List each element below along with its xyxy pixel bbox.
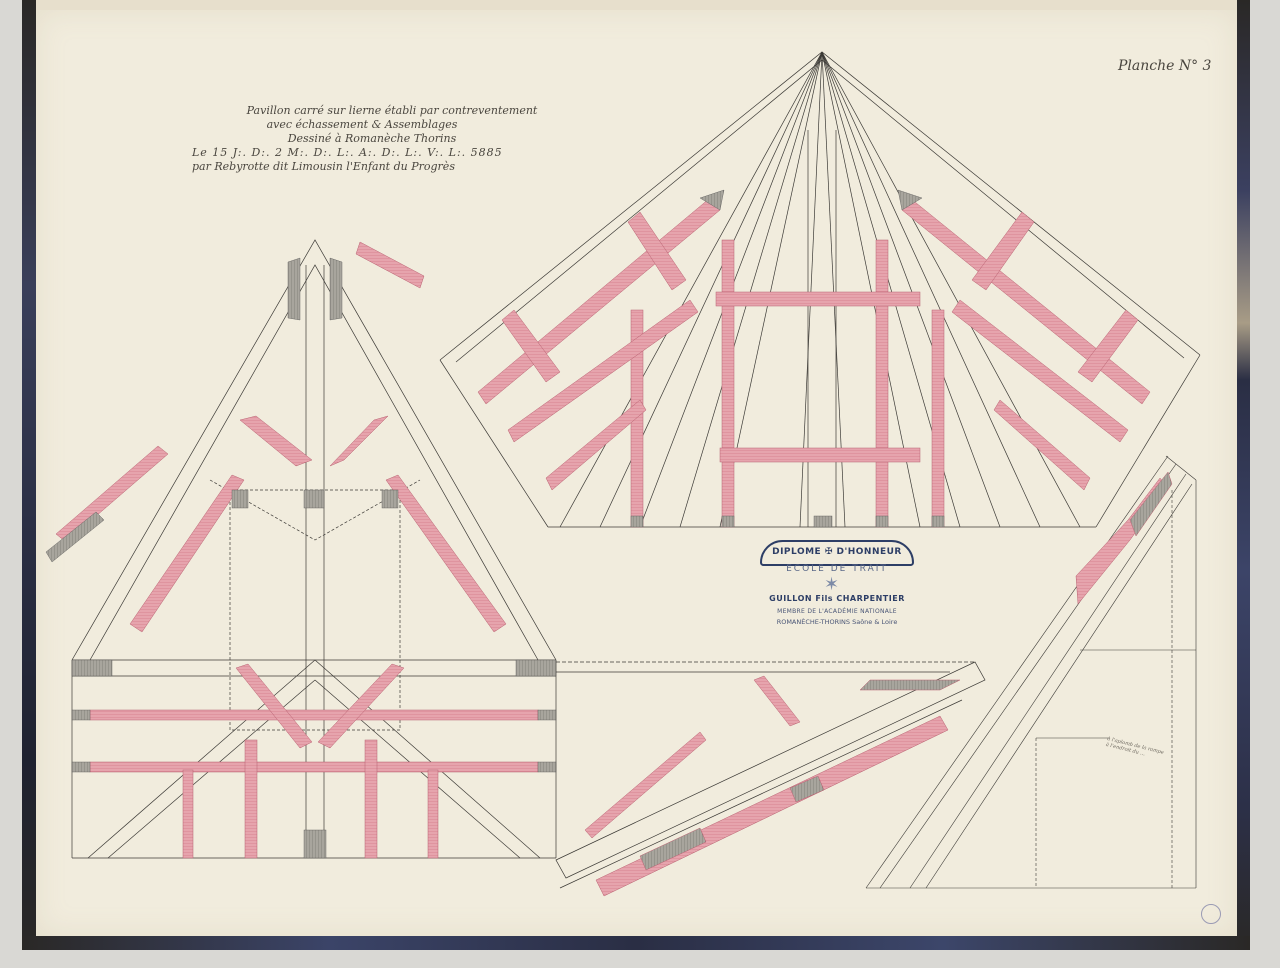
library-stamp-icon [1201,904,1221,924]
stamp-maker: GUILLON Fils CHARPENTIER [762,594,912,603]
lower-red-grey [585,676,960,896]
plate-number-label: Planche N° 3 [1118,58,1211,74]
stamp-member: MEMBRE DE L'ACADÉMIE NATIONALE [762,608,912,615]
title-line-3: Dessiné à Romanèche Thorins [192,132,552,146]
stamp-place: ROMANÈCHE-THORINS Saône & Loire [762,618,912,626]
title-line-2: avec échassement & Assemblages [172,118,552,132]
diploma-stamp: DIPLOME ✠ D'HONNEUR ECOLE DE TRAIT ✶ GUI… [752,536,922,636]
left-red-members [56,242,538,858]
title-line-5: par Rebyrotte dit Limousin l'Enfant du P… [192,160,552,174]
drawing-title-block: Pavillon carré sur lierne établi par con… [192,104,552,174]
title-line-1: Pavillon carré sur lierne établi par con… [232,104,552,118]
right-red-piece [1076,472,1172,604]
title-line-4: Le 15 J:. D:. 2 M:. D:. L:. A:. D:. L:. … [192,146,552,160]
stamp-ribbon-text: DIPLOME ✠ D'HONNEUR [760,540,914,566]
scanned-plate: Planche N° 3 Pavillon carré sur lierne é… [0,0,1280,968]
stamp-school: ECOLE DE TRAIT [772,564,902,574]
compass-star-icon: ✶ [824,574,839,595]
